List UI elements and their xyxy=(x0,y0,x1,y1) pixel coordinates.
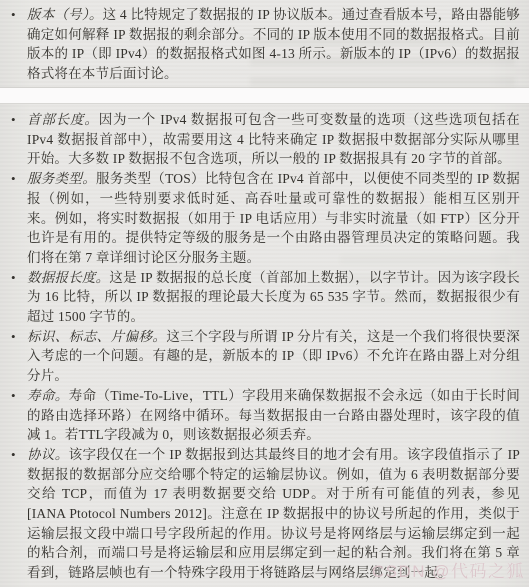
bullet-icon: • xyxy=(11,5,16,25)
bullet-icon: • xyxy=(11,445,16,465)
field-term: 标识、标志、片偏移。 xyxy=(27,329,166,344)
list-item-datagram-length: • 数据报长度。这是 IP 数据报的总长度（首部加上数据），以字节计。因为该字段… xyxy=(10,268,520,327)
field-text: 服务类型（TOS）比特包含在 IPv4 首部中，以便使不同类型的 IP 数据报（… xyxy=(27,171,520,265)
field-term: 寿命。 xyxy=(27,388,69,403)
field-term: 首部长度。 xyxy=(27,112,99,127)
bullet-icon: • xyxy=(11,169,16,189)
list-item-header-length: • 首部长度。因为一个 IPv4 数据报可包含一些可变数量的选项（这些选项包括在… xyxy=(10,110,520,169)
field-term: 协议。 xyxy=(27,447,69,462)
bullet-icon: • xyxy=(11,327,16,347)
field-term: 数据报长度。 xyxy=(27,270,109,285)
field-term: 版本（号）。 xyxy=(27,7,103,22)
list-item-fragmentation: • 标识、标志、片偏移。这三个字段与所谓 IP 分片有关，这是一个我们将很快要深… xyxy=(10,327,520,386)
bullet-icon: • xyxy=(11,268,16,288)
bullet-icon: • xyxy=(11,110,16,130)
field-term: 服务类型。 xyxy=(27,171,96,186)
bullet-icon: • xyxy=(11,386,16,406)
field-text: 寿命（Time-To-Live，TTL）字段用来确保数据报不会永远（如由于长时间… xyxy=(27,388,520,442)
csdn-watermark: CSDN @代码之狐 xyxy=(372,557,525,582)
scan-page-block-1: • 版本（号）。这 4 比特规定了数据报的 IP 协议版本。通过查看版本号，路由… xyxy=(0,0,529,88)
list-item-version: • 版本（号）。这 4 比特规定了数据报的 IP 协议版本。通过查看版本号，路由… xyxy=(10,5,520,84)
scan-page-block-2: • 首部长度。因为一个 IPv4 数据报可包含一些可变数量的选项（这些选项包括在… xyxy=(0,103,529,587)
scanned-textbook-page: { "page": { "bullet": "•", "watermark": … xyxy=(0,0,529,587)
list-item-tos: • 服务类型。服务类型（TOS）比特包含在 IPv4 首部中，以便使不同类型的 … xyxy=(10,169,520,268)
field-text: 因为一个 IPv4 数据报可包含一些可变数量的选项（这些选项包括在 IPv4 数… xyxy=(27,112,520,166)
list-item-ttl: • 寿命。寿命（Time-To-Live，TTL）字段用来确保数据报不会永远（如… xyxy=(10,386,520,445)
